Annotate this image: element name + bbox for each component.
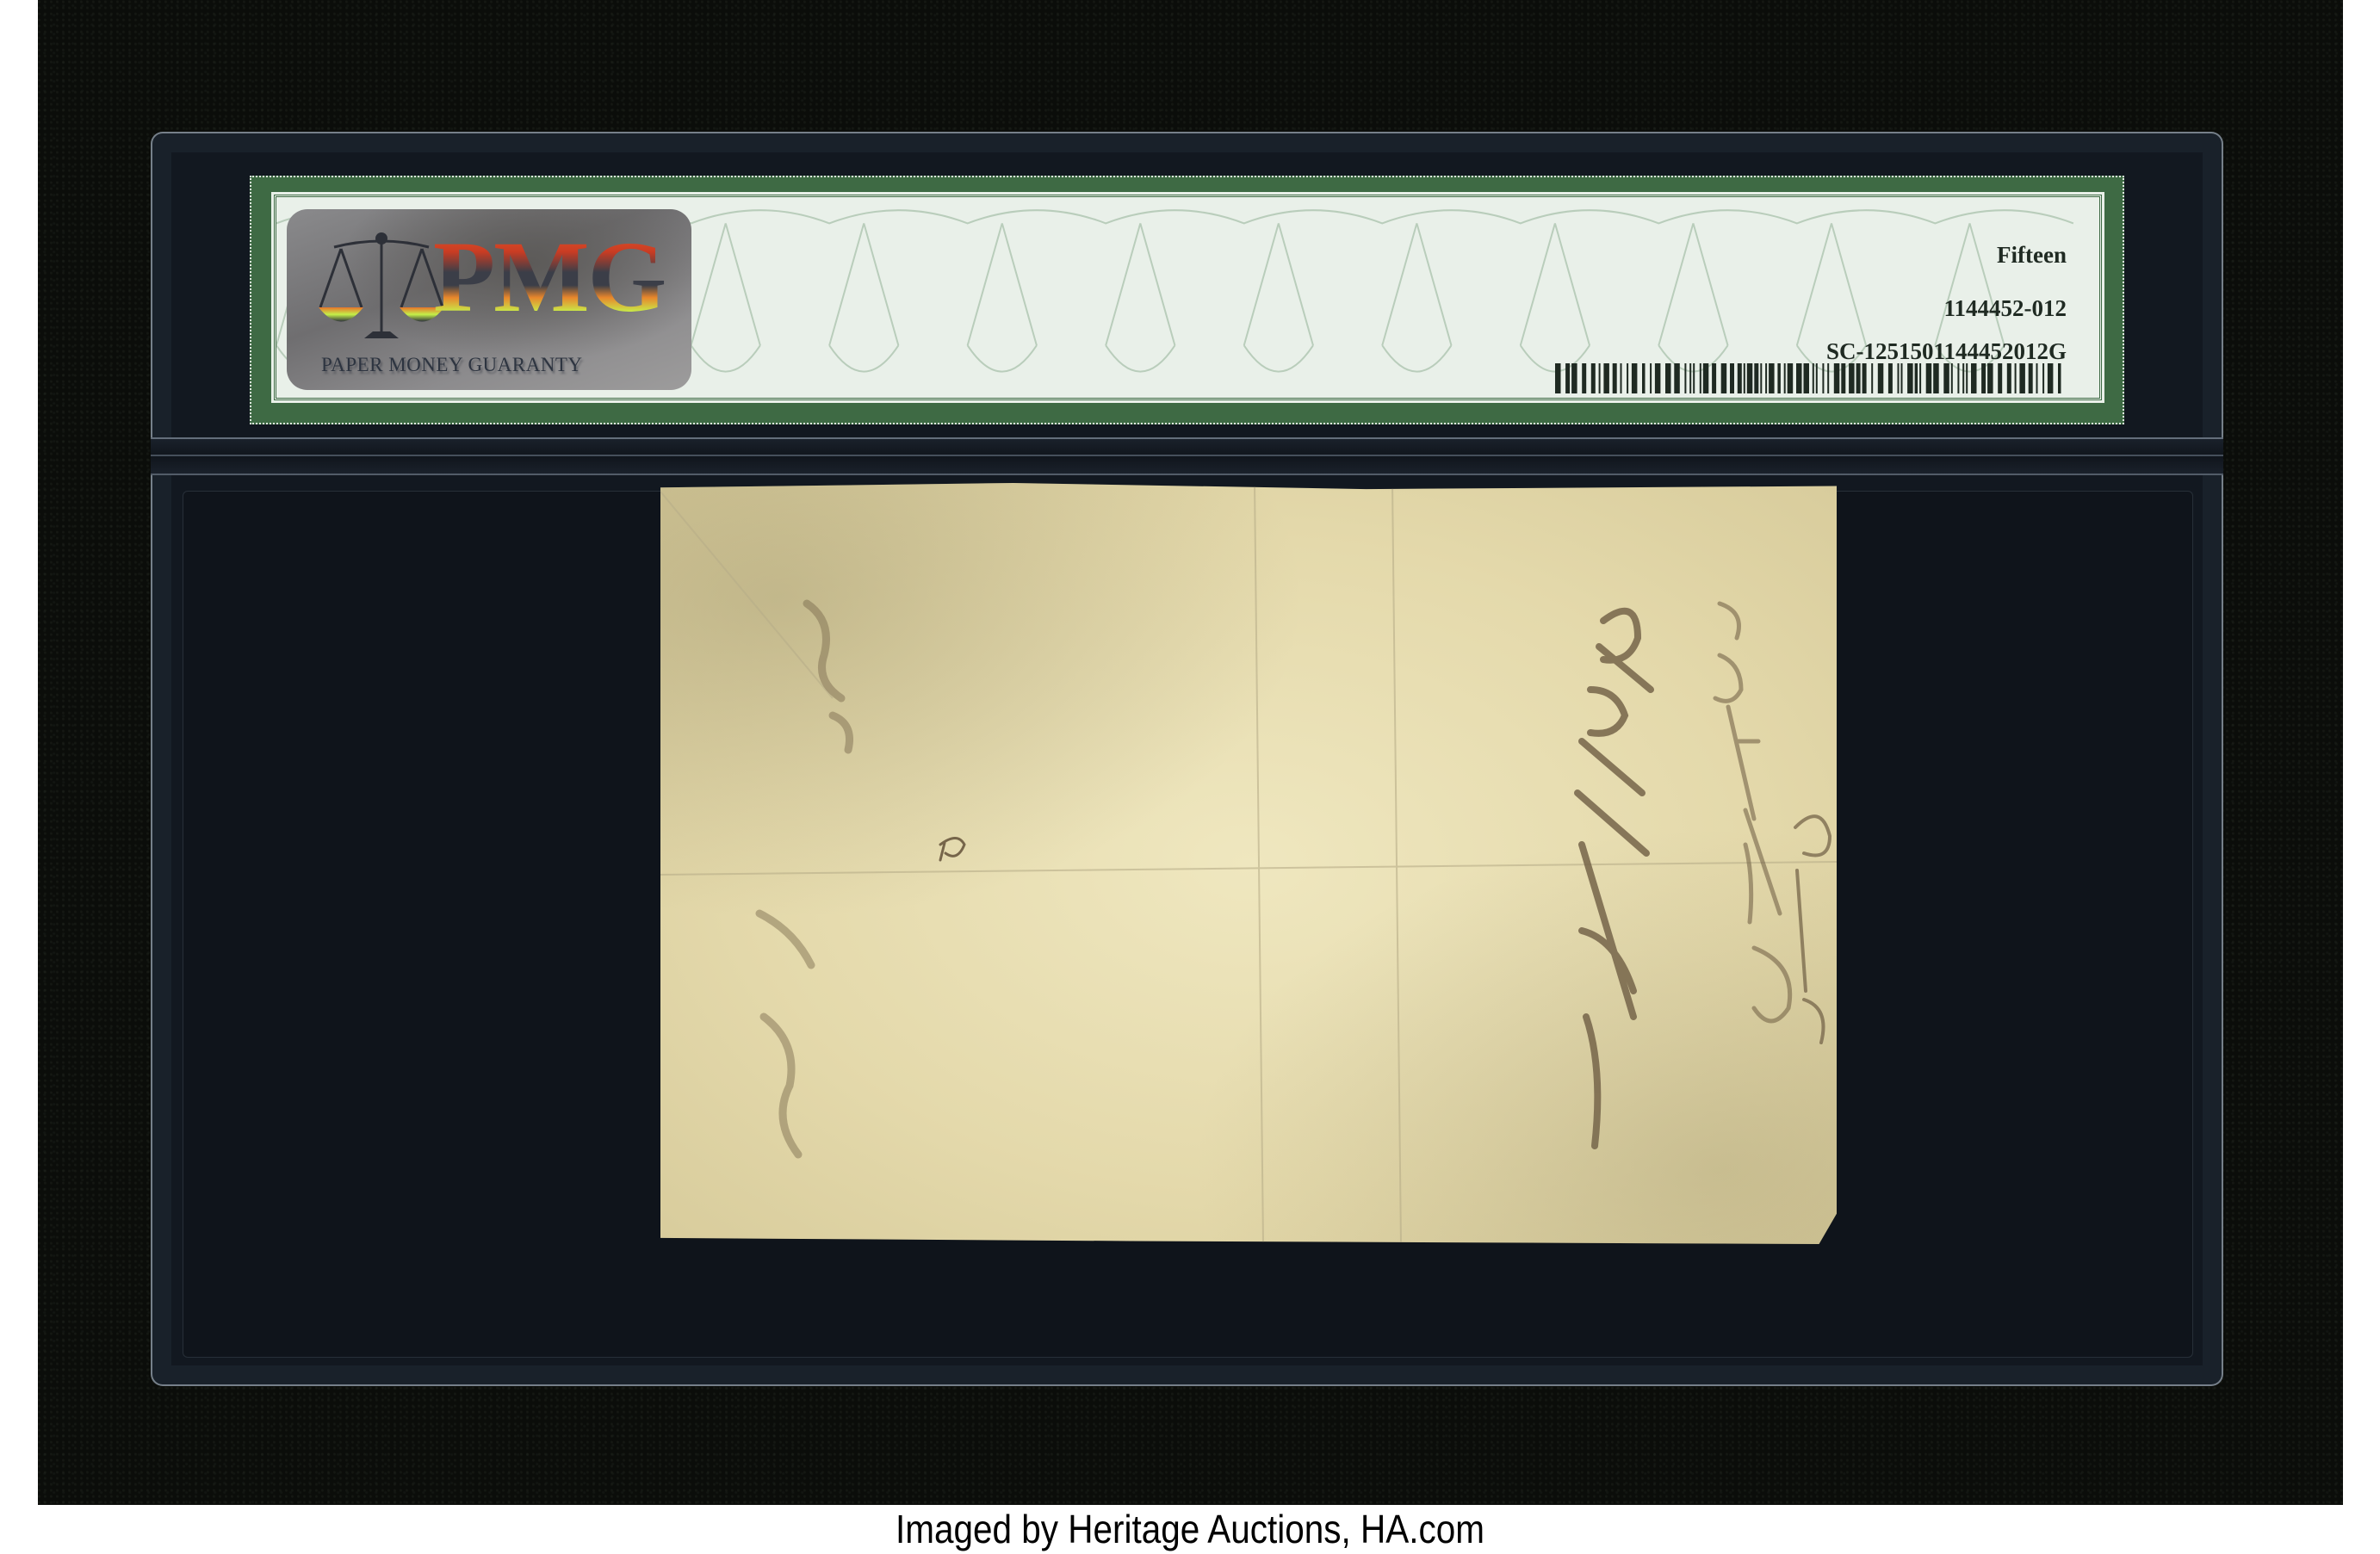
image-credit-caption: Imaged by Heritage Auctions, HA.com: [143, 1505, 2237, 1554]
holder-ridge: [151, 437, 2223, 475]
pmg-grading-label: PMG PAPER MONEY GUARANTY Fifteen 1144452…: [250, 176, 2124, 424]
pmg-logo: PMG: [433, 226, 665, 328]
barcode-icon: [1555, 363, 2065, 393]
handwritten-endorsements: [660, 483, 1837, 1244]
cert-number: 1144452-012: [1943, 295, 2067, 322]
label-panel: PMG PAPER MONEY GUARANTY Fifteen 1144452…: [274, 195, 2102, 400]
scales-of-justice-icon: [317, 228, 446, 349]
sku-code: SC-1251501144452012G: [1826, 338, 2067, 365]
grade-label: Fifteen: [1997, 242, 2067, 269]
pmg-tagline: PAPER MONEY GUARANTY: [321, 354, 666, 376]
pmg-hologram: PMG PAPER MONEY GUARANTY: [287, 209, 691, 390]
banknote-back: [660, 483, 1837, 1244]
